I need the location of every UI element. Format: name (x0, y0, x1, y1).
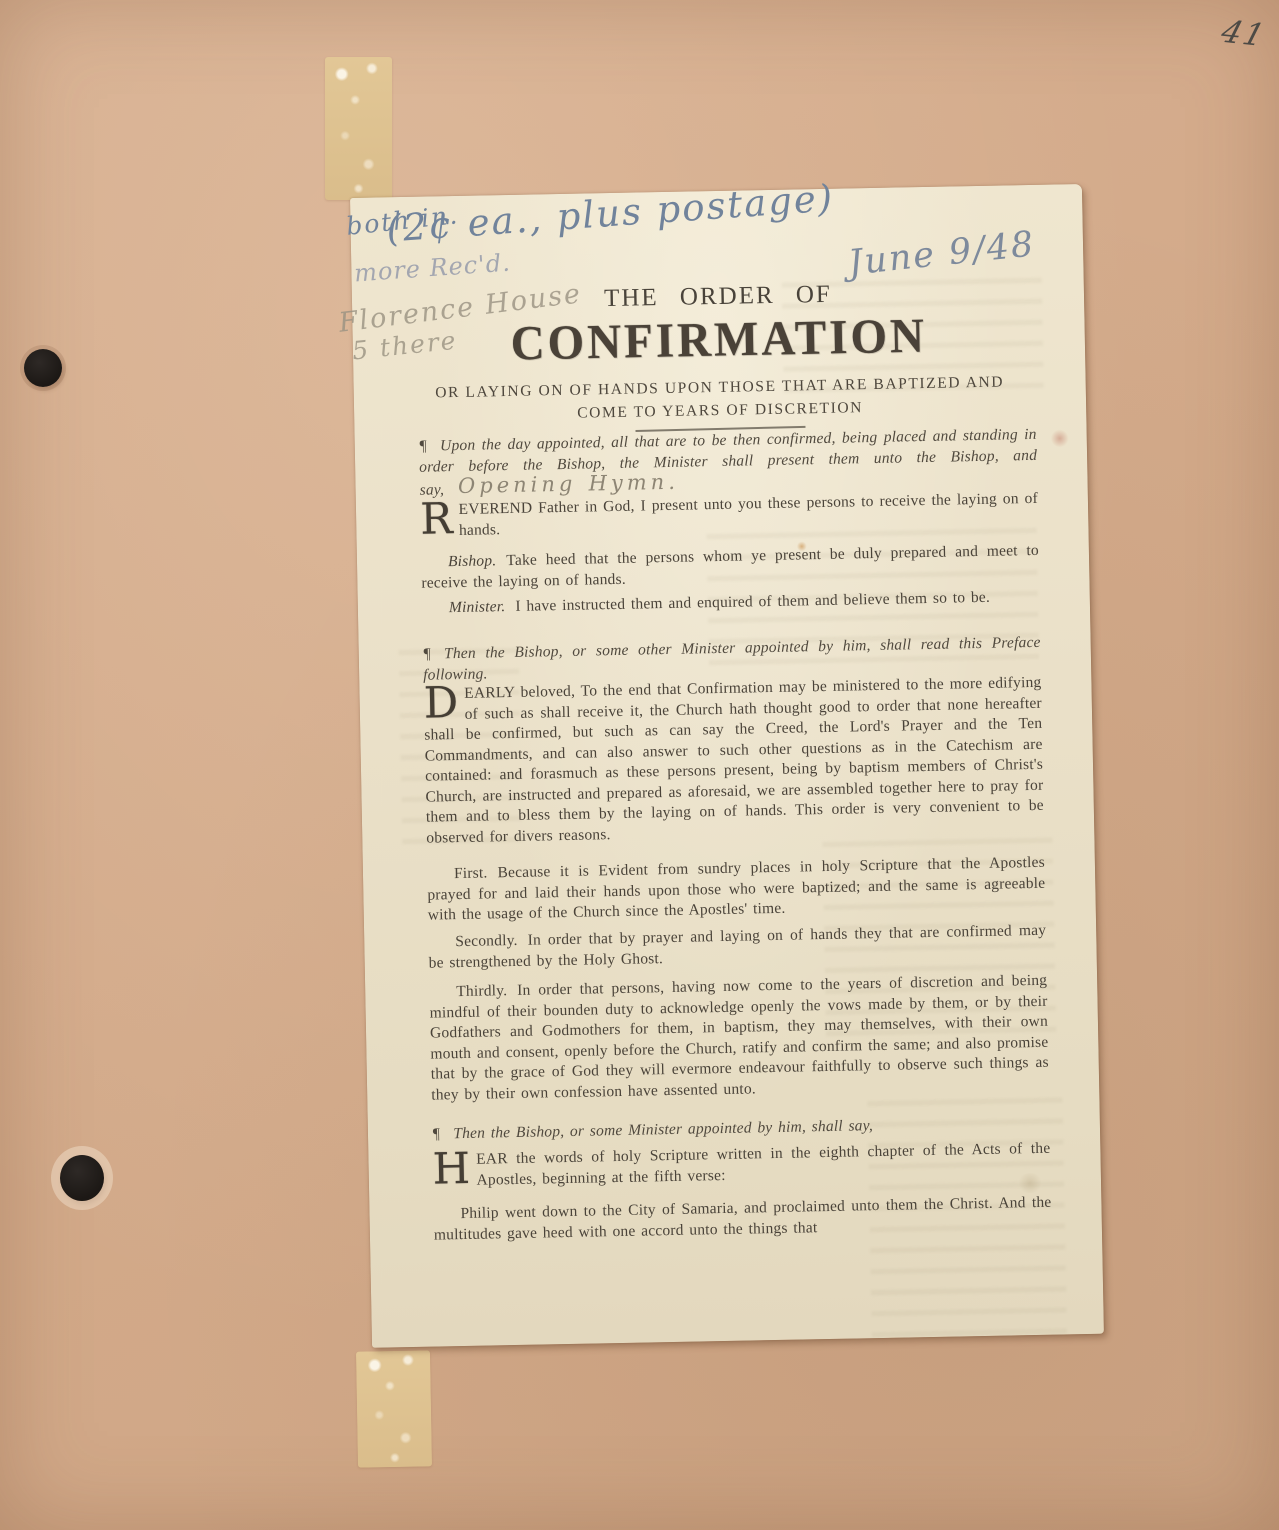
scrapbook-page: 41 THE ORDER OF CONFIRMATION OR LAYING O… (0, 0, 1279, 1530)
speaker-label-minister: Minister. (449, 598, 506, 616)
tape-mark-top (325, 57, 392, 200)
pilcrow-icon: ¶ (419, 438, 428, 455)
hole-punch-top (24, 349, 62, 387)
page-number: 41 (1217, 14, 1270, 54)
rubric-scripture-text: Then the Bishop, or some Minister appoin… (453, 1117, 873, 1142)
speaker-label-bishop: Bishop. (448, 552, 497, 570)
pilcrow-icon: ¶ (423, 646, 432, 663)
dropcap-d: D (423, 684, 464, 721)
handwriting-opening-hymn: Opening Hymn. (458, 470, 679, 498)
paragraph-second-reason: Secondly.In order that by prayer and lay… (428, 921, 1047, 974)
dialogue-bishop: Bishop.Take heed that the persons whom y… (421, 541, 1040, 594)
paragraph-third-reason: Thirdly.In order that persons, having no… (429, 971, 1049, 1106)
paragraph-third-reason-text: In order that persons, having now come t… (429, 972, 1048, 1103)
paper-stain (1051, 429, 1069, 447)
paragraph-scripture-intro: HEAR the words of holy Scripture written… (432, 1139, 1051, 1192)
paragraph-preface-text: EARLY beloved, To the end that Confirmat… (424, 674, 1044, 846)
paragraph-second-reason-text: In order that by prayer and laying on of… (429, 922, 1047, 971)
lead-thirdly: Thirdly. (456, 982, 507, 1000)
paragraph-first-reason: First.Because it is Evident from sundry … (427, 853, 1046, 926)
paragraph-scripture-text: Philip went down to the City of Samaria,… (433, 1193, 1052, 1246)
lead-secondly: Secondly. (455, 932, 518, 950)
paragraph-scripture-intro-text: EAR the words of holy Scripture written … (476, 1140, 1051, 1189)
tape-mark-bottom (356, 1350, 432, 1467)
hole-punch-bottom (60, 1155, 104, 1201)
paragraph-first-reason-text: Because it is Evident from sundry places… (427, 854, 1045, 924)
paragraph-preface: DEARLY beloved, To the end that Confirma… (423, 673, 1044, 849)
dialogue-minister-text: I have instructed them and enquired of t… (515, 589, 990, 615)
dropcap-r: R (420, 500, 459, 537)
document-paper: THE ORDER OF CONFIRMATION OR LAYING ON O… (350, 184, 1104, 1348)
lead-first: First. (454, 864, 488, 882)
dialogue-bishop-text: Take heed that the persons whom ye prese… (421, 542, 1039, 591)
pilcrow-icon: ¶ (432, 1125, 441, 1142)
dropcap-h: H (432, 1150, 476, 1187)
